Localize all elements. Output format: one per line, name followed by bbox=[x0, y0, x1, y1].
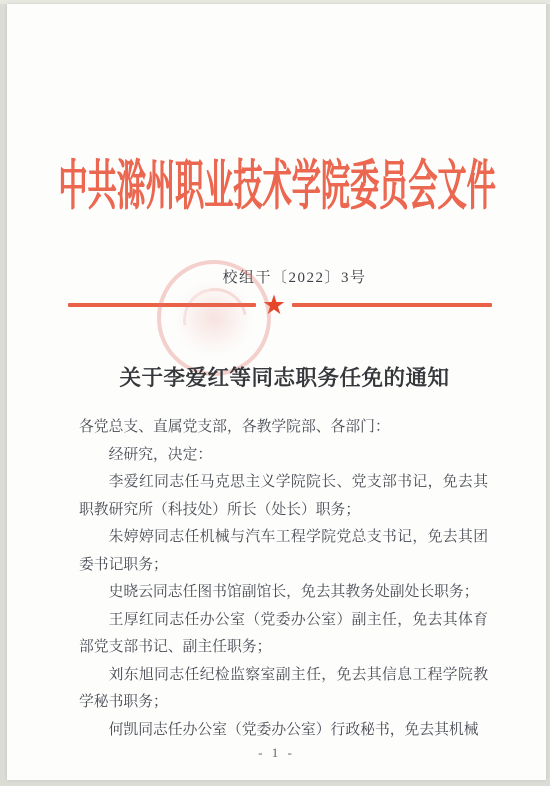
red-divider-rule: ★ bbox=[68, 292, 492, 318]
body-paragraph: 朱婷婷同志任机械与汽车工程学院党总支书记，免去其团委书记职务； bbox=[79, 524, 488, 579]
salutation-line: 各党总支、直属党支部，各教学院部、各部门： bbox=[79, 414, 488, 442]
star-icon: ★ bbox=[256, 292, 292, 318]
body-paragraph: 李爱红同志任马克思主义学院院长、党支部书记，免去其职教研究所（科技处）所长（处长… bbox=[79, 469, 488, 524]
rule-left-segment bbox=[68, 303, 256, 307]
document-number: 校组干〔2022〕3号 bbox=[25, 266, 546, 287]
body-paragraph: 王厚红同志任办公室（党委办公室）副主任，免去其体育部党支部书记、副主任职务； bbox=[79, 607, 488, 662]
body-paragraph: 经研究，决定： bbox=[79, 442, 488, 470]
document-page: 中共滁州职业技术学院委员会文件 校组干〔2022〕3号 ★ 关于李爱红等同志职务… bbox=[7, 4, 546, 780]
scanned-document-background: { "document": { "header_title": "中共滁州职业技… bbox=[0, 0, 550, 786]
letterhead-title: 中共滁州职业技术学院委员会文件 bbox=[58, 157, 495, 215]
letterhead: 中共滁州职业技术学院委员会文件 bbox=[7, 157, 546, 215]
rule-right-segment bbox=[292, 303, 492, 307]
body-paragraph: 何凯同志任办公室（党委办公室）行政秘书，免去其机械 bbox=[79, 717, 488, 745]
body-paragraph: 刘东旭同志任纪检监察室副主任，免去其信息工程学院教学秘书职务； bbox=[79, 662, 488, 717]
page-number: - 1 - bbox=[7, 745, 546, 761]
document-title: 关于李爱红等同志职务任免的通知 bbox=[15, 361, 546, 392]
document-body: 各党总支、直属党支部，各教学院部、各部门： 经研究，决定：李爱红同志任马克思主义… bbox=[79, 414, 488, 744]
body-paragraph: 史晓云同志任图书馆副馆长，免去其教务处副处长职务； bbox=[79, 579, 488, 607]
body-paragraphs: 经研究，决定：李爱红同志任马克思主义学院院长、党支部书记，免去其职教研究所（科技… bbox=[79, 442, 488, 745]
